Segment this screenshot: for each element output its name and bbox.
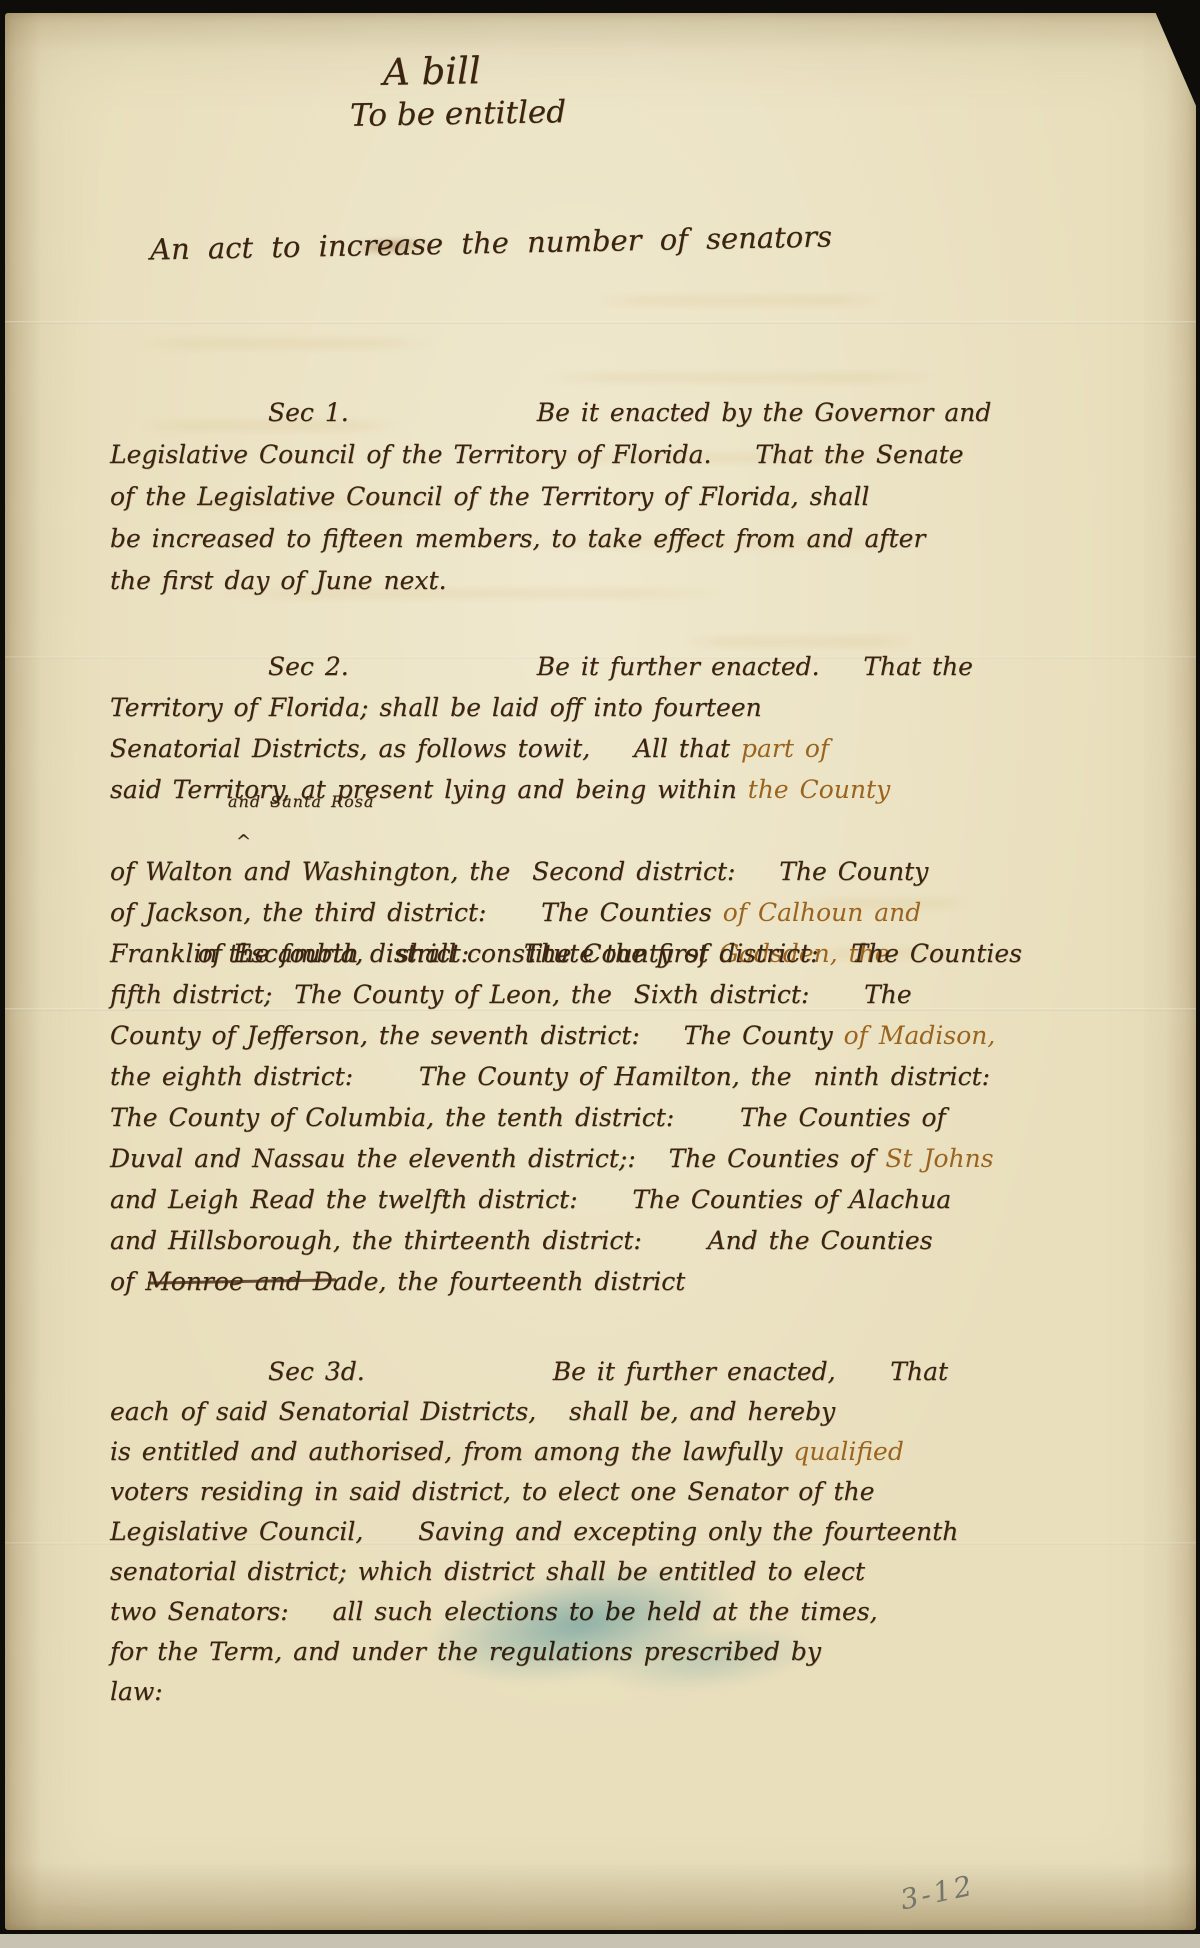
manuscript-text-run: said Territory, at present lying and bei… [110,775,748,804]
section-label: Sec 2. [268,646,349,687]
section-1: Sec 1. Be it enacted by the Governor and… [110,392,1010,602]
manuscript-line: be increased to fifteen members, to take… [110,518,1010,560]
manuscript-text-run: Senatorial Districts, as follows towit, … [110,734,741,763]
manuscript-line: of the Legislative Council of the Territ… [110,476,1010,518]
manuscript-line: Legislative Council of the Territory of … [110,434,1010,476]
manuscript-line: the first day of June next. [110,560,1010,602]
manuscript-line: County of Jefferson, the seventh distric… [110,1015,1010,1056]
manuscript-line: and Santa Rosa ^ of Escambia, shall cons… [110,810,1010,851]
manuscript-line: each of said Senatorial Districts, shall… [110,1392,1010,1432]
manuscript-text-run: County of Jefferson, the seventh distric… [110,1021,844,1050]
manuscript-line: Legislative Council, Saving and exceptin… [110,1512,1010,1552]
amended-text: of Madison, [844,1021,996,1050]
manuscript-line: The County of Columbia, the tenth distri… [110,1097,1010,1138]
document-title: A bill [383,49,481,94]
manuscript-line: Senatorial Districts, as follows towit, … [110,728,1010,769]
amended-text: the County [748,775,890,804]
manuscript-text-run: is entitled and authorised, from among t… [110,1437,793,1466]
manuscript-line: Territory of Florida; shall be laid off … [110,687,1010,728]
archival-page-number: 3-12 [897,1869,977,1917]
amended-text: of Calhoun and [723,898,922,927]
amended-text: part of [741,734,829,763]
section-heading-line: Sec 1. Be it enacted by the Governor and [110,392,1010,434]
section-heading-line: Sec 3d. Be it further enacted, That [110,1352,1010,1392]
manuscript-text-run: of Jackson, the third district: The Coun… [110,898,723,927]
interlinear-insertion: and Santa Rosa [228,794,374,810]
amended-text: St Johns [885,1144,993,1173]
section-2: Sec 2. Be it further enacted. That the T… [110,646,1010,1302]
manuscript-line: and Hillsborough, the thirteenth distric… [110,1220,1010,1261]
scanned-document-page: A bill To be entitled An act to increase… [0,0,1200,1948]
manuscript-line: and Leigh Read the twelfth district: The… [110,1179,1010,1220]
section-opening: Be it further enacted. That the [537,646,973,687]
manuscript-text-run: Duval and Nassau the eleventh district;:… [110,1144,885,1173]
manuscript-line: of Walton and Washington, the Second dis… [110,851,1010,892]
manuscript-text-run: of Escambia, shall constitute the first … [198,939,1022,968]
manuscript-line: of Jackson, the third district: The Coun… [110,892,1010,933]
act-subject-line: An act to increase the number of senator… [150,219,833,266]
manuscript-line: voters residing in said district, to ele… [110,1472,1010,1512]
manuscript-line: is entitled and authorised, from among t… [110,1432,1010,1472]
manuscript-line: fifth district; The County of Leon, the … [110,974,1010,1015]
document-subtitle: To be entitled [350,94,567,134]
section-heading-line: Sec 2. Be it further enacted. That the [110,646,1010,687]
amended-text: qualified [793,1437,903,1466]
manuscript-line: the eighth district: The County of Hamil… [110,1056,1010,1097]
section-label: Sec 1. [268,392,349,434]
manuscript-line: Duval and Nassau the eleventh district;:… [110,1138,1010,1179]
section-label: Sec 3d. [268,1352,365,1392]
section-opening: Be it enacted by the Governor and [537,392,992,434]
section-opening: Be it further enacted, That [553,1352,948,1392]
insertion-caret: ^ [236,833,251,851]
